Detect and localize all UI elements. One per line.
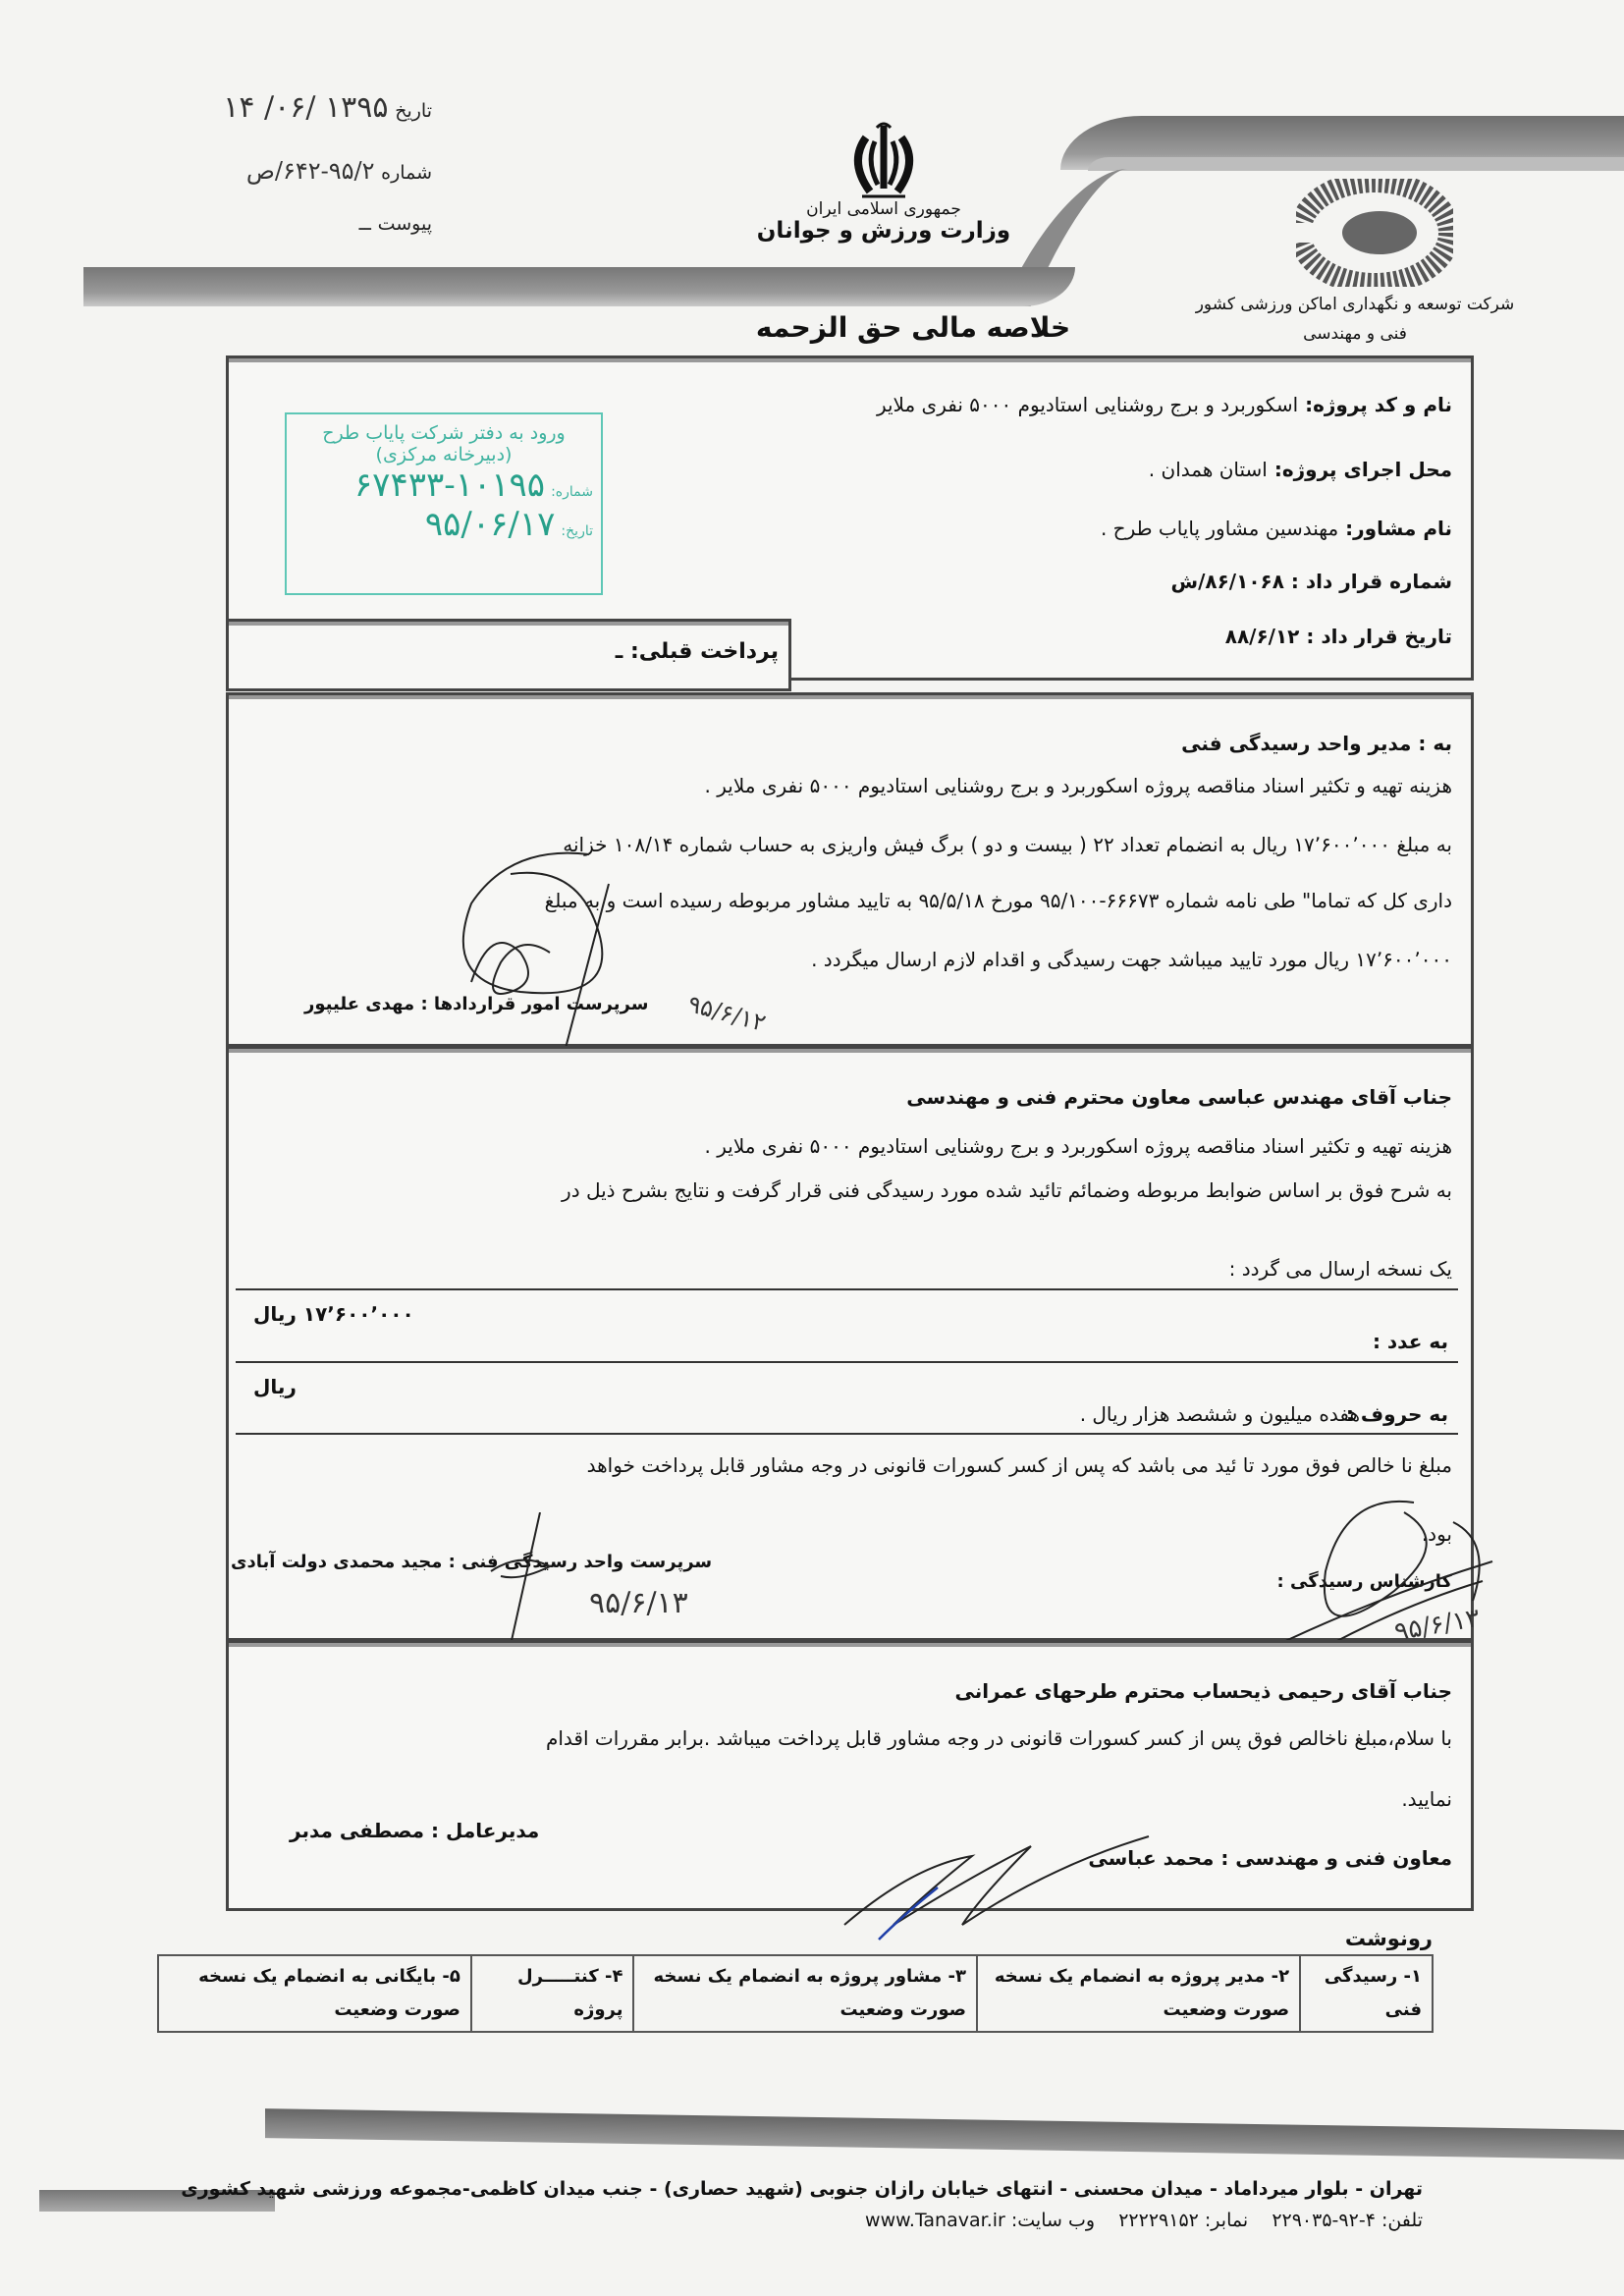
company-name: شرکت توسعه و نگهداری اماکن ورزشی کشور — [1159, 295, 1551, 314]
contracts-line-4: ۱۷٬۶۰۰٬۰۰۰ ریال مورد تایید میباشد جهت رس… — [811, 948, 1452, 971]
cc-item-1-line1: ۱- رسیدگی — [1311, 1960, 1422, 1994]
cc-item-2: ۲- مدیر پروژه به انضمام یک نسخه صورت وضع… — [977, 1955, 1300, 2032]
company-logo-icon — [1296, 179, 1453, 287]
blue-checkmark-icon — [864, 1886, 943, 1944]
amount-numeric-value: ۱۷٬۶۰۰٬۰۰۰ ریال — [253, 1302, 414, 1326]
project-name-label: نام و کد پروژه: — [1305, 393, 1452, 416]
amount-words-value: هفده میلیون و ششصد هزار ریال . — [1080, 1402, 1360, 1426]
amount-words-row: به حروف : هفده میلیون و ششصد هزار ریال .… — [236, 1363, 1458, 1434]
iran-emblem-icon — [844, 118, 923, 206]
amount-numeric-row: به عدد : ۱۷٬۶۰۰٬۰۰۰ ریال — [236, 1290, 1458, 1363]
number-value: ۹۵/۲-۶۴۲/ص — [246, 157, 375, 185]
contracts-recipient: به : مدیر واحد رسیدگی فنی — [1181, 732, 1452, 755]
contracts-line-1: هزینه تهیه و تکثیر اسناد مناقصه پروژه اس… — [705, 774, 1452, 797]
amount-numeric-label: به عدد : — [1373, 1330, 1448, 1353]
cc-item-5-line2: صورت وضعیت — [169, 1994, 460, 2027]
cc-item-1-line2: فنی — [1311, 1994, 1422, 2027]
project-name-value: اسکوربرد و برج روشنایی استادیوم ۵۰۰۰ نفر… — [877, 393, 1298, 416]
ceo-signer: مدیرعامل : مصطفی مدبر — [290, 1819, 539, 1842]
attachment-value: ــ — [359, 211, 371, 235]
footer-decorative-band — [265, 2108, 1624, 2159]
cc-item-2-line1: ۲- مدیر پروژه به انضمام یک نسخه — [988, 1960, 1289, 1994]
contract-number-row: شماره قرار داد : ۸۶/۱۰۶۸/ش — [1170, 570, 1452, 593]
number-field: شماره ۹۵/۲-۶۴۲/ص — [167, 157, 432, 185]
approval-line-1: با سلام،مبلغ ناخالص فوق پس از کسر کسورات… — [546, 1726, 1452, 1750]
approval-line-2: نمایید. — [1401, 1787, 1452, 1811]
stamp-date-row: تاریخ: ۹۵/۰۶/۱۷ — [287, 505, 593, 544]
review-line-3: یک نسخه ارسال می گردد : — [1229, 1257, 1452, 1281]
contract-number-value: ۸۶/۱۰۶۸/ش — [1170, 570, 1283, 593]
stamp-date-label: تاریخ: — [561, 523, 593, 539]
project-location-row: محل اجرای پروژه: استان همدان . — [1149, 458, 1452, 481]
cc-item-4-line2: پروژه — [482, 1994, 623, 2027]
amount-words-unit: ریال — [253, 1375, 297, 1398]
gov-name: جمهوری اسلامی ایران — [746, 199, 1021, 219]
stamp-number-label: شماره: — [551, 484, 593, 500]
previous-payment-value: ـ — [616, 639, 623, 664]
contract-date-value: ۸۸/۶/۱۲ — [1225, 625, 1300, 648]
ministry-name: وزارت ورزش و جوانان — [746, 218, 1021, 244]
consultant-label: نام مشاور: — [1345, 517, 1452, 540]
attachment-field: پیوست ــ — [167, 211, 432, 235]
cc-item-3: ۳- مشاور پروژه به انضمام یک نسخه صورت وض… — [633, 1955, 977, 2032]
previous-payment-label: پرداخت قبلی: — [630, 639, 779, 664]
contracts-signature-icon — [363, 845, 677, 1070]
approval-recipient: جناب آقای رحیمی ذیحساب محترم طرحهای عمرا… — [954, 1679, 1452, 1703]
contracts-line-3: داری کل که تماما" طی نامه شماره ۶۶۶۷۳-۹۵… — [545, 889, 1452, 912]
project-location-label: محل اجرای پروژه: — [1274, 458, 1452, 481]
number-label: شماره — [381, 162, 432, 184]
cc-item-1: ۱- رسیدگی فنی — [1300, 1955, 1433, 2032]
cc-item-3-line2: صورت وضعیت — [644, 1994, 966, 2027]
header-decorative-band-left — [83, 267, 1075, 306]
attachment-label: پیوست — [378, 213, 432, 235]
contract-date-row: تاریخ قرار داد : ۸۸/۶/۱۲ — [1225, 625, 1452, 648]
footer-website-link[interactable]: www.Tanavar.ir — [865, 2210, 1005, 2231]
review-recipient: جناب آقای مهندس عباسی معاون محترم فنی و … — [906, 1085, 1452, 1109]
document-title: خلاصه مالی حق الزحمه — [746, 311, 1080, 344]
consultant-value: مهندسین مشاور پایاب طرح . — [1101, 517, 1338, 540]
consultant-row: نام مشاور: مهندسین مشاور پایاب طرح . — [1101, 517, 1452, 540]
footer-address: تهران - بلوار میرداماد - میدان محسنی - ا… — [181, 2178, 1423, 2200]
cc-item-5-line1: ۵- بایگانی به انضمام یک نسخه — [169, 1960, 460, 1994]
footer-contacts: تلفن: ۴-۹۲-۲۲۹۰۳۵ نمابر: ۲۲۲۲۹۱۵۲ وب سای… — [865, 2210, 1423, 2231]
footer-fax: نمابر: ۲۲۲۲۹۱۵۲ — [1118, 2210, 1248, 2231]
cc-item-4: ۴- کنتـــــرل پروژه — [471, 1955, 634, 2032]
cc-row: ۱- رسیدگی فنی ۲- مدیر پروژه به انضمام یک… — [158, 1955, 1433, 2032]
company-department: فنی و مهندسی — [1159, 324, 1551, 344]
contracts-line-2: به مبلغ ۱۷٬۶۰۰٬۰۰۰ ریال به انضمام تعداد … — [563, 833, 1452, 856]
stamp-number-value: ۱۰۱۹۵-۶۷۴۳۳ — [354, 465, 545, 505]
header-decorative-band-inner — [1088, 157, 1624, 171]
review-line-2: به شرح فوق بر اساس ضوابط مربوطه وضمائم ت… — [562, 1178, 1452, 1202]
footer-website-label: وب سایت: — [1011, 2210, 1095, 2231]
previous-payment-row: پرداخت قبلی: ـ — [229, 622, 788, 664]
cc-table: ۱- رسیدگی فنی ۲- مدیر پروژه به انضمام یک… — [157, 1954, 1434, 2033]
date-field: تاریخ ۱۳۹۵ /۰۶/ ۱۴ — [167, 90, 432, 125]
cc-item-2-line2: صورت وضعیت — [988, 1994, 1289, 2027]
stamp-subtitle: (دبیرخانه مرکزی) — [287, 444, 601, 465]
review-line-4: مبلغ نا خالص فوق مورد تا ئید می باشد که … — [587, 1453, 1452, 1477]
cc-title: رونوشت — [1345, 1927, 1433, 1950]
date-label: تاریخ — [395, 100, 432, 122]
cc-item-3-line1: ۳- مشاور پروژه به انضمام یک نسخه — [644, 1960, 966, 1994]
contract-date-label: تاریخ قرار داد : — [1306, 625, 1452, 648]
cc-item-5: ۵- بایگانی به انضمام یک نسخه صورت وضعیت — [158, 1955, 471, 2032]
review-line-1: هزینه تهیه و تکثیر اسناد مناقصه پروژه اس… — [705, 1134, 1452, 1158]
date-value: ۱۳۹۵ /۰۶/ ۱۴ — [223, 90, 388, 125]
receipt-stamp: ورود به دفتر شرکت پایاب طرح (دبیرخانه مر… — [285, 412, 603, 595]
amount-words-label: به حروف : — [1346, 1402, 1448, 1426]
stamp-number-row: شماره: ۱۰۱۹۵-۶۷۴۳۳ — [287, 465, 593, 505]
stamp-title: ورود به دفتر شرکت پایاب طرح — [287, 422, 601, 444]
previous-payment-box: پرداخت قبلی: ـ — [226, 619, 791, 691]
amount-table: به عدد : ۱۷٬۶۰۰٬۰۰۰ ریال به حروف : هفده … — [236, 1288, 1458, 1435]
footer-phone: تلفن: ۴-۹۲-۲۲۹۰۳۵ — [1272, 2210, 1423, 2231]
stamp-date-value: ۹۵/۰۶/۱۷ — [425, 505, 555, 544]
cc-item-4-line1: ۴- کنتـــــرل — [482, 1960, 623, 1994]
project-location-value: استان همدان . — [1149, 458, 1268, 481]
project-name-row: نام و کد پروژه: اسکوربرد و برج روشنایی ا… — [877, 393, 1452, 416]
contract-number-label: شماره قرار داد : — [1291, 570, 1452, 593]
